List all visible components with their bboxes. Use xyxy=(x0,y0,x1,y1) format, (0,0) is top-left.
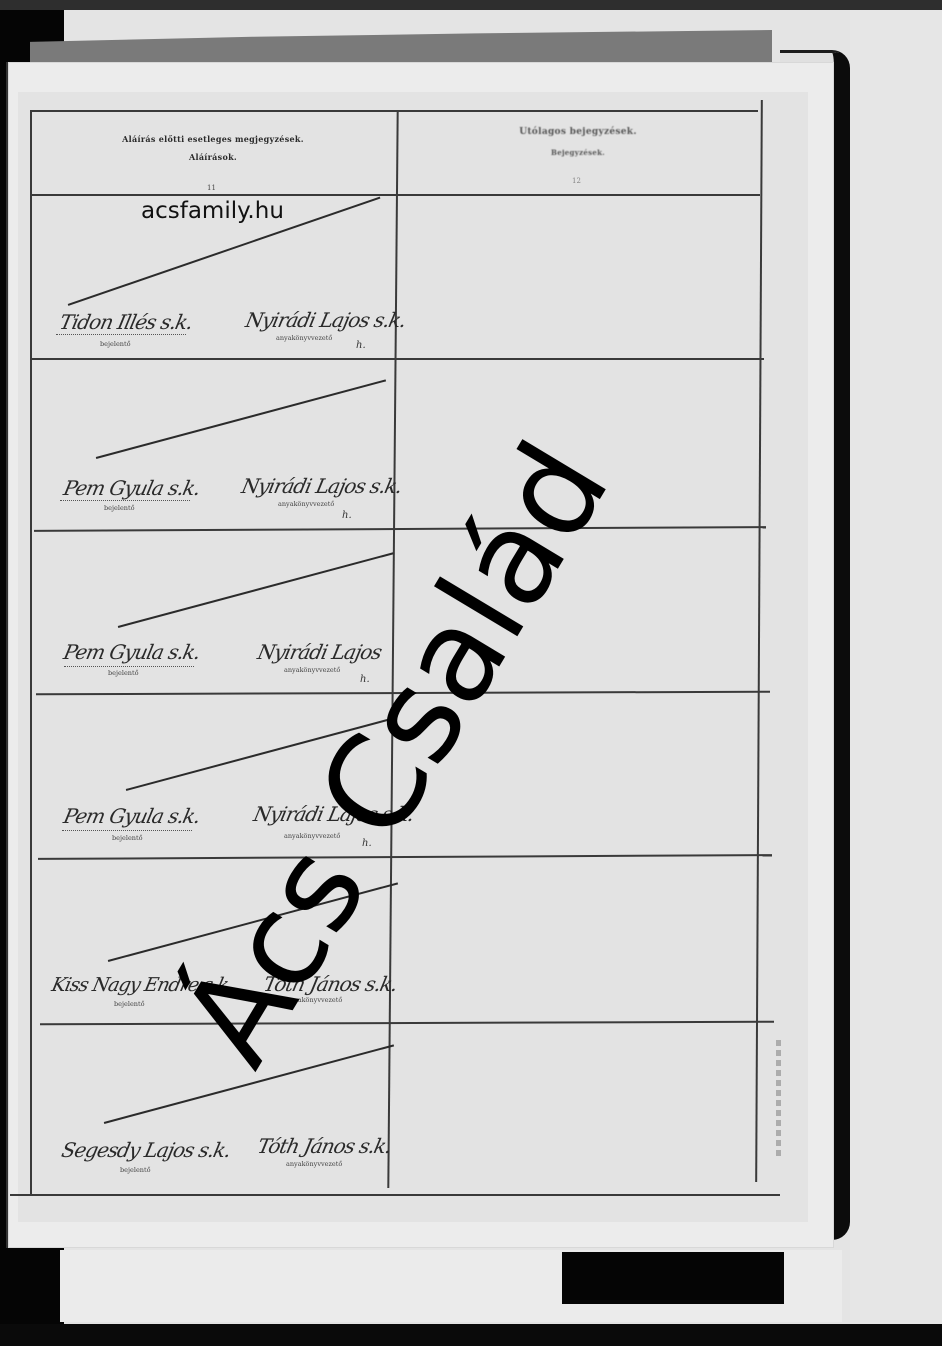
registrar-signature: Nyirádi Lajos s.k. xyxy=(239,474,404,498)
registrar-signature: Tóth János s.k. xyxy=(255,1134,393,1158)
declarant-caption: bejelentő xyxy=(104,504,135,512)
registrar-caption: anyakönyvvezető xyxy=(276,334,332,342)
signature-line xyxy=(60,500,190,502)
margin-print xyxy=(776,1040,781,1160)
declarant-signature: Pem Gyula s.k. xyxy=(61,804,202,828)
declarant-caption: bejelentő xyxy=(114,1000,145,1008)
declarant-signature: Segesdy Lajos s.k. xyxy=(59,1138,232,1162)
table-bottom-border xyxy=(10,1194,780,1196)
declarant-caption: bejelentő xyxy=(100,340,131,348)
registrar-caption: anyakönyvvezető xyxy=(286,1160,342,1168)
registrar-mark: h. xyxy=(342,510,352,521)
right-column-number: 12 xyxy=(572,177,581,185)
scan-background-right xyxy=(850,10,942,1324)
declarant-caption: bejelentő xyxy=(112,834,143,842)
scan-border-bottom xyxy=(0,1324,942,1346)
signature-line xyxy=(56,334,186,336)
watermark-url: acsfamily.hu xyxy=(141,198,284,224)
right-header-line2: Bejegyzések. xyxy=(408,148,748,157)
declarant-signature: Pem Gyula s.k. xyxy=(61,476,202,500)
registrar-mark: h. xyxy=(356,340,366,351)
book-tab xyxy=(562,1252,784,1304)
table-left-border xyxy=(30,110,32,1196)
declarant-caption: bejelentő xyxy=(108,669,139,677)
declarant-caption: bejelentő xyxy=(120,1166,151,1174)
top-bar xyxy=(0,0,942,10)
right-header-line1: Utólagos bejegyzések. xyxy=(408,127,748,137)
registrar-caption: anyakönyvvezető xyxy=(284,666,340,674)
declarant-signature: Tidon Illés s.k. xyxy=(57,310,194,334)
registrar-caption: anyakönyvvezető xyxy=(278,500,334,508)
signature-line xyxy=(64,666,194,668)
registrar-signature: Nyirádi Lajos s.k. xyxy=(243,308,408,332)
book-edge-top xyxy=(30,30,772,64)
left-header-line2: Aláírások. xyxy=(48,152,378,162)
declarant-signature: Pem Gyula s.k. xyxy=(61,640,202,664)
table-top-border xyxy=(30,110,758,112)
left-column-number: 11 xyxy=(207,184,216,192)
left-header-line1: Aláírás előtti esetleges megjegyzések. xyxy=(48,134,378,144)
signature-line xyxy=(62,830,192,832)
row-divider-1 xyxy=(32,358,764,360)
